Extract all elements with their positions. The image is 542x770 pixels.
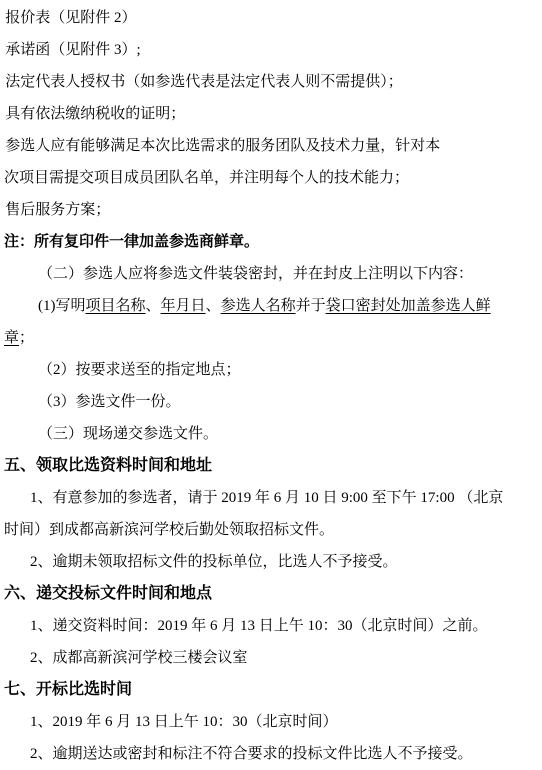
section6-item1: 1、递交资料时间：2019 年 6 月 13 日上午 10：30（北京时间）之前… <box>4 610 539 642</box>
attachment-item-7: （7） 售后服务方案； <box>4 194 539 226</box>
underline-date: 年月日 <box>161 298 206 314</box>
section7-item1: 1、2019 年 6 月 13 日上午 10：30（北京时间） <box>4 706 539 738</box>
part2-sealing-instruction: （二）参选人应将参选文件装袋密封，并在封皮上注明以下内容： <box>4 258 539 290</box>
separator-2: 、 <box>206 298 221 314</box>
attachment-item-5: （5） 具有依法缴纳税收的证明； <box>4 98 539 130</box>
underline-project-name: 项目名称 <box>86 298 146 314</box>
envelope-label-mid: 并于 <box>296 298 326 314</box>
attachment-item-6: （6） 参选人应有能够满足本次比选需求的服务团队及技术力量，针对本次项目需提交项… <box>4 130 539 194</box>
envelope-label-end: ； <box>19 330 34 346</box>
section7-item2: 2、逾期送达或密封和标注不符合要求的投标文件比选人不予接受。 <box>4 738 539 770</box>
section5-heading: 五、领取比选资料时间和地址 <box>4 450 539 482</box>
attachment-item-6-line1: （6） 参选人应有能够满足本次比选需求的服务团队及技术力量，针对本 <box>0 138 440 154</box>
underline-seal-on-flap-line1: 袋口密封处加盖参选人鲜 <box>326 298 491 314</box>
one-copy-item: （3）参选文件一份。 <box>4 386 539 418</box>
section5-item1-line2: 时间）到成都高新滨河学校后勤处领取招标文件。 <box>4 522 334 538</box>
envelope-label-prefix: (1)写明 <box>38 298 86 314</box>
attachment-item-2: （2） 报价表（见附件 2） <box>4 2 539 34</box>
section5-item2: 2、逾期未领取招标文件的投标单位，比选人不予接受。 <box>4 546 539 578</box>
underline-seal-on-flap-line2: 章 <box>4 330 19 346</box>
document-page: （2） 报价表（见附件 2） （3） 承诺函（见附件 3）; （4） 法定代表人… <box>0 0 542 770</box>
attachment-item-6-line2: 次项目需提交项目成员团队名单，并注明每个人的技术能力； <box>4 170 409 186</box>
separator-1: 、 <box>146 298 161 314</box>
section5-item1: 1、有意参加的参选者，请于 2019 年 6 月 10 日 9:00 至下午 1… <box>4 482 539 546</box>
copies-seal-note: 注：所有复印件一律加盖参选商鲜章。 <box>4 226 539 258</box>
section6-heading: 六、递交投标文件时间和地点 <box>4 578 539 610</box>
envelope-label-instruction: (1)写明项目名称、年月日、参选人名称并于袋口密封处加盖参选人鲜章； <box>4 290 539 354</box>
underline-participant-name: 参选人名称 <box>221 298 296 314</box>
attachment-item-3: （3） 承诺函（见附件 3）; <box>4 34 539 66</box>
section7-heading: 七、开标比选时间 <box>4 674 539 706</box>
part3-onsite-submission: （三）现场递交参选文件。 <box>4 418 539 450</box>
section6-item2: 2、成都高新滨河学校三楼会议室 <box>4 642 539 674</box>
delivery-location-item: （2）按要求送至的指定地点； <box>4 354 539 386</box>
attachment-item-4: （4） 法定代表人授权书（如参选代表是法定代表人则不需提供）； <box>4 66 539 98</box>
section5-item1-line1: 1、有意参加的参选者，请于 2019 年 6 月 10 日 9:00 至下午 1… <box>30 490 503 506</box>
